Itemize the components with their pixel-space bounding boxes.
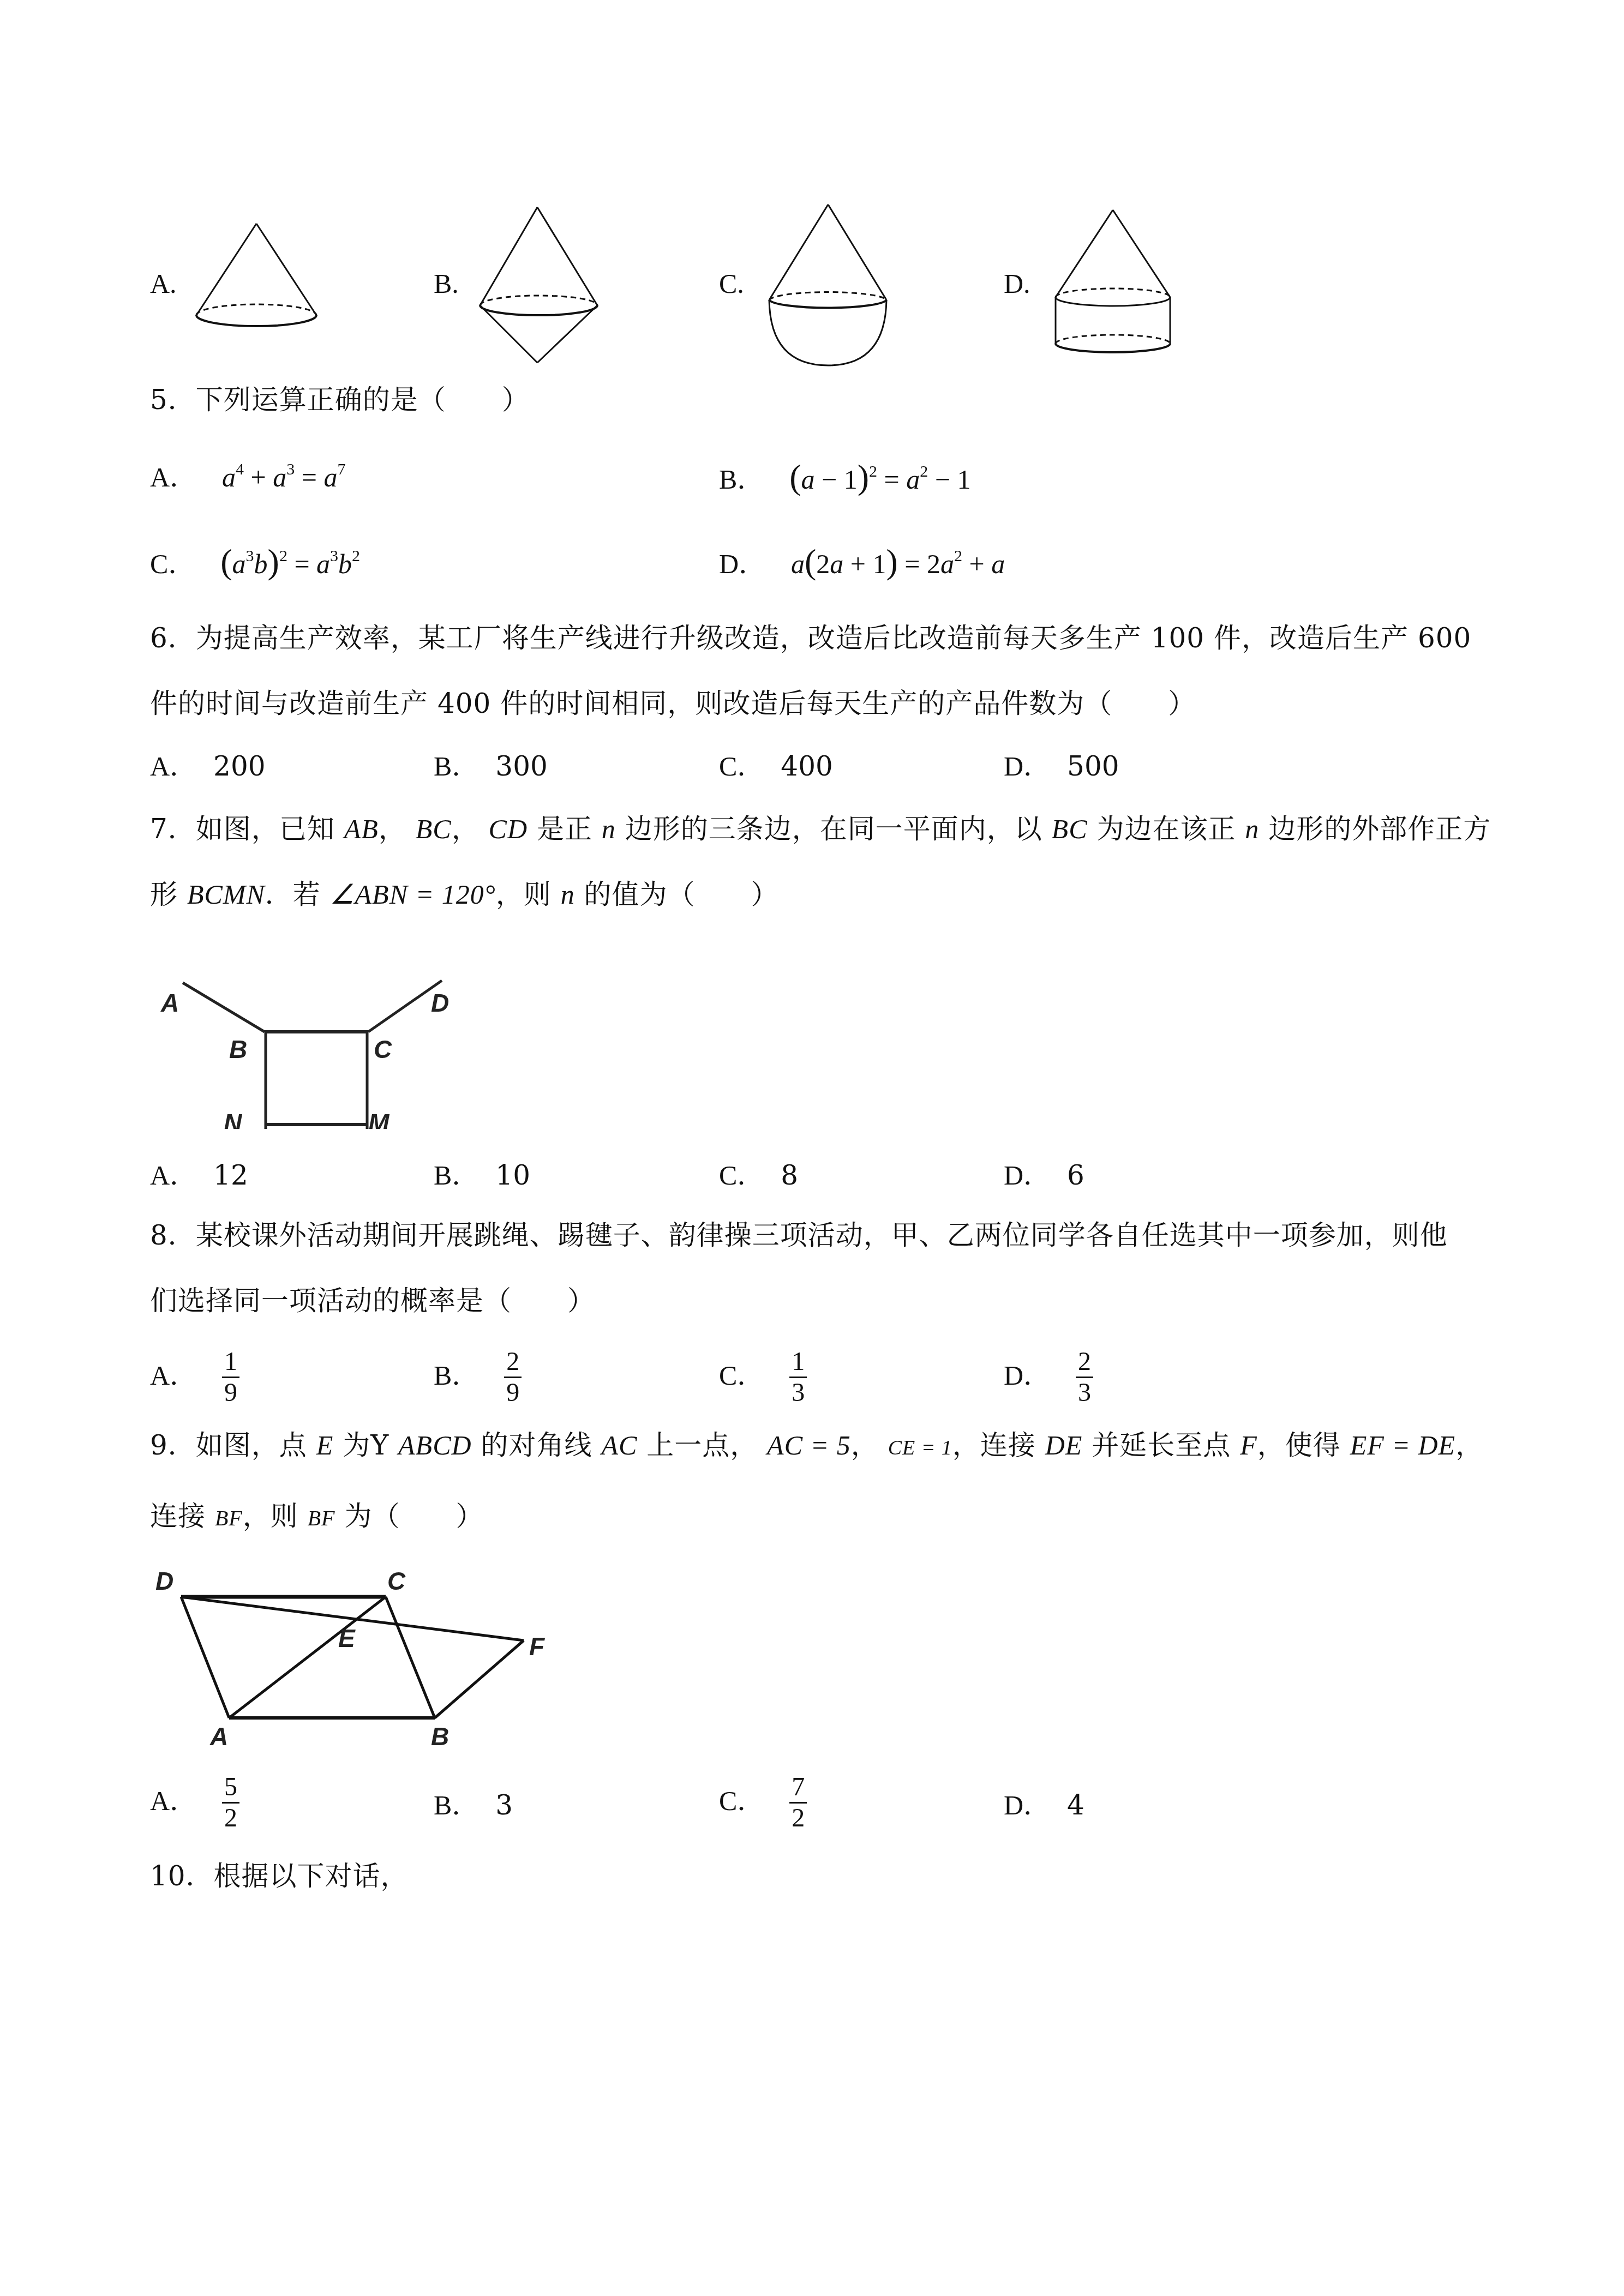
q9-option-b[interactable]: B．3 <box>434 1789 513 1822</box>
cone-on-hemisphere-icon <box>764 202 895 371</box>
q6-stem-line2: 件的时间与改造前生产 400 件的时间相同，则改造后每天生产的产品件数为（ ） <box>150 687 1196 720</box>
q8-option-d-label: D． <box>1004 1359 1051 1392</box>
q4-option-c-label: C. <box>719 267 744 300</box>
q7-stem-line2: 形 BCMN．若 ∠ABN = 120°，则 n 的值为（ ） <box>150 878 779 911</box>
q7-figure-square-on-polygon: A B C D N M <box>147 943 475 1129</box>
q5-option-d-label: D． <box>719 548 766 580</box>
q6-option-d-value: 500 <box>1067 750 1119 782</box>
q8-option-c-fraction: 13 <box>789 1347 807 1408</box>
q6-option-b-value: 300 <box>495 750 547 782</box>
q9-option-c[interactable]: C． 72 <box>719 1772 807 1833</box>
svg-text:A: A <box>160 989 179 1017</box>
q6-option-c-label: C． <box>719 750 764 783</box>
q5-option-d-expr: a(2a + 1) = 2a2 + a <box>791 549 1005 579</box>
q8-stem-line2: 们选择同一项活动的概率是（ ） <box>150 1284 595 1317</box>
q5-option-a[interactable]: A． a4 + a3 = a7 <box>150 461 345 494</box>
q9-option-a[interactable]: A． 52 <box>150 1772 239 1833</box>
q8-option-b[interactable]: B． 29 <box>434 1347 522 1408</box>
q5-option-b[interactable]: B． (a − 1)2 = a2 − 1 <box>719 461 971 496</box>
cone-on-cylinder-icon <box>1045 207 1181 365</box>
q8-stem-line1: 8．某校课外活动期间开展跳绳、踢毽子、韵律操三项活动，甲、乙两位同学各自任选其中… <box>150 1219 1448 1252</box>
q5-option-c[interactable]: C． (a3b)2 = a3b2 <box>150 545 360 580</box>
q8-option-a[interactable]: A． 19 <box>150 1347 239 1408</box>
q6-stem-line1: 6．为提高生产效率，某工厂将生产线进行升级改造，改造后比改造前每天多生产 100… <box>150 622 1471 654</box>
q10-stem: 10．根据以下对话， <box>150 1860 409 1892</box>
q5-stem: 5．下列运算正确的是（ ） <box>150 383 530 416</box>
q8-option-c[interactable]: C． 13 <box>719 1347 807 1408</box>
q9-option-d-value: 4 <box>1067 1789 1084 1821</box>
q7-option-b-label: B． <box>434 1159 479 1192</box>
q6-option-b-label: B． <box>434 750 479 783</box>
svg-text:C: C <box>374 1035 392 1063</box>
q8-option-a-fraction: 19 <box>222 1347 239 1408</box>
q7-stem-line1: 7．如图，已知 AB， BC， CD 是正 n 边形的三条边，在同一平面内，以 … <box>150 813 1491 845</box>
q9-option-a-fraction: 52 <box>222 1772 239 1833</box>
q9-stem-line2: 连接 BF，则 BF 为（ ） <box>150 1500 483 1535</box>
q6-option-d[interactable]: D．500 <box>1004 750 1119 783</box>
q7-option-c[interactable]: C．8 <box>719 1159 798 1192</box>
svg-text:N: N <box>224 1109 242 1129</box>
q4-option-a-label: A. <box>150 267 177 300</box>
q9-option-b-value: 3 <box>495 1789 513 1821</box>
q7-option-b[interactable]: B．10 <box>434 1159 530 1192</box>
cone-icon <box>185 218 327 354</box>
q6-option-a-value: 200 <box>213 750 265 782</box>
q5-option-c-expr: (a3b)2 = a3b2 <box>220 549 360 579</box>
q6-option-d-label: D． <box>1004 750 1051 783</box>
q8-option-d-fraction: 23 <box>1076 1347 1093 1408</box>
q5-option-a-label: A． <box>150 461 197 494</box>
svg-text:E: E <box>338 1624 356 1652</box>
svg-text:B: B <box>229 1035 247 1063</box>
svg-text:D: D <box>431 989 449 1017</box>
q7-option-d-label: D． <box>1004 1159 1051 1192</box>
q9-option-c-fraction: 72 <box>789 1772 807 1833</box>
q8-option-d[interactable]: D． 23 <box>1004 1347 1093 1408</box>
q4-option-d-label: D. <box>1004 267 1030 300</box>
q9-option-c-label: C． <box>719 1784 764 1817</box>
q8-option-a-label: A． <box>150 1359 197 1392</box>
svg-text:M: M <box>368 1109 390 1129</box>
q9-option-a-label: A． <box>150 1784 197 1817</box>
q5-option-d[interactable]: D． a(2a + 1) = 2a2 + a <box>719 545 1005 580</box>
q7-option-c-label: C． <box>719 1159 764 1192</box>
q7-option-a-value: 12 <box>213 1159 248 1191</box>
q5-option-b-label: B． <box>719 463 764 496</box>
svg-text:A: A <box>209 1722 228 1745</box>
q9-stem-line1: 9．如图，点 E 为Y ABCD 的对角线 AC 上一点， AC = 5， CE… <box>150 1429 1483 1464</box>
q7-option-d[interactable]: D．6 <box>1004 1159 1084 1192</box>
q6-option-a-label: A． <box>150 750 197 783</box>
q4-option-b-label: B. <box>434 267 459 300</box>
q7-option-a[interactable]: A．12 <box>150 1159 248 1192</box>
q6-option-c-value: 400 <box>781 750 832 782</box>
q9-option-d-label: D． <box>1004 1789 1051 1822</box>
q7-option-a-label: A． <box>150 1159 197 1192</box>
svg-text:C: C <box>387 1567 406 1595</box>
q8-option-c-label: C． <box>719 1359 764 1392</box>
q5-option-c-label: C． <box>150 548 195 580</box>
svg-text:B: B <box>431 1722 449 1745</box>
q7-option-d-value: 6 <box>1067 1159 1084 1191</box>
q9-option-d[interactable]: D．4 <box>1004 1789 1084 1822</box>
q5-option-b-expr: (a − 1)2 = a2 − 1 <box>789 464 970 495</box>
q7-option-b-value: 10 <box>495 1159 530 1191</box>
q9-figure-parallelogram: D C E F A B <box>147 1560 562 1745</box>
q5-option-a-expr: a4 + a3 = a7 <box>222 462 345 492</box>
svg-text:D: D <box>155 1567 173 1595</box>
q8-option-b-label: B． <box>434 1359 479 1392</box>
q6-option-a[interactable]: A．200 <box>150 750 266 783</box>
double-cone-icon <box>475 205 606 368</box>
q7-option-c-value: 8 <box>781 1159 798 1191</box>
q6-option-b[interactable]: B．300 <box>434 750 548 783</box>
svg-text:F: F <box>529 1632 546 1661</box>
q8-option-b-fraction: 29 <box>504 1347 522 1408</box>
q9-option-b-label: B． <box>434 1789 479 1822</box>
q6-option-c[interactable]: C．400 <box>719 750 833 783</box>
